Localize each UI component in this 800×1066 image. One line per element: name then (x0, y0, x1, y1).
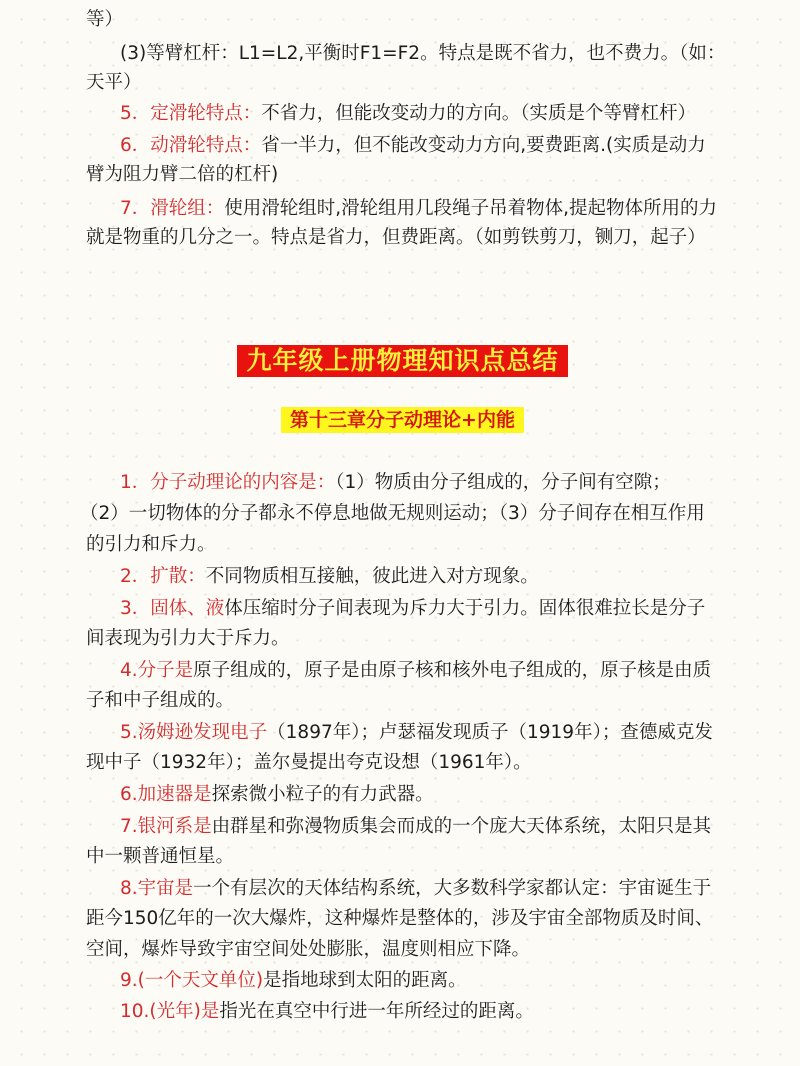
point-text: 不同物质相互接触，彼此进入对方现象。 (206, 566, 539, 587)
point-label: 5.汤姆逊发现电子 (120, 722, 267, 743)
point-label: 10.(光年)是 (120, 1001, 219, 1022)
point-label: 2．扩散： (120, 566, 206, 587)
item-text: 省一半力，但不能改变动力方向,要费距离.(实质是动力 (261, 135, 705, 156)
text-line: 距今150亿年的一次大爆炸，这种爆炸是整体的，涉及宇宙全部物质及时间、 (86, 907, 713, 931)
point-label: 1．分子动理论的内容是： (120, 472, 335, 493)
point-text: （1）物质由分子组成的，分子间有空隙； (335, 472, 671, 493)
text-line: 中一颗普通恒星。 (86, 845, 234, 869)
lever-item-3: (3)等臂杠杆：L1=L2,平衡时F1=F2。特点是既不省力，也不费力。（如： (120, 42, 725, 66)
text-line: 臂为阻力臂二倍的杠杆) (86, 163, 278, 187)
point-text: 是指地球到太阳的距离。 (263, 970, 467, 991)
point-text: 原子组成的，原子是由原子核和核外电子组成的，原子核是由质 (193, 660, 711, 681)
point-text: 一个有层次的天体结构系统，大多数科学家都认定：宇宙诞生于 (193, 878, 711, 899)
point-text: （1897年）；卢瑟福发现质子（1919年）；查德威克发 (267, 722, 713, 743)
text-line: 等） (86, 8, 123, 32)
point-1: 1．分子动理论的内容是：（1）物质由分子组成的，分子间有空隙； (120, 471, 671, 495)
point-10: 10.(光年)是指光在真空中行进一年所经过的距离。 (120, 1000, 534, 1024)
text-line: 间表现为引力大于斥力。 (86, 627, 290, 651)
point-5: 5.汤姆逊发现电子（1897年）；卢瑟福发现质子（1919年）；查德威克发 (120, 721, 713, 745)
item-label: 5．定滑轮特点： (120, 103, 261, 124)
chapter-title: 第十三章分子动理论+内能 (281, 407, 524, 433)
point-text: 由群星和弥漫物质集会而成的一个庞大天体系统，太阳只是其 (212, 816, 712, 837)
point-text: 体压缩时分子间表现为斥力大于引力。固体很难拉长是分子 (224, 598, 705, 619)
pulley-item-6: 6．动滑轮特点：省一半力，但不能改变动力方向,要费距离.(实质是动力 (120, 134, 706, 158)
document-page: 等） (3)等臂杠杆：L1=L2,平衡时F1=F2。特点是既不省力，也不费力。（… (0, 0, 800, 1066)
text-line: 天平） (86, 71, 142, 95)
point-label: 9.(一个天文单位) (120, 970, 263, 991)
text-line: 空间，爆炸导致宇宙空间处处膨胀，温度则相应下降。 (86, 938, 530, 962)
point-6: 6.加速器是探索微小粒子的有力武器。 (120, 783, 434, 807)
text-line: 子和中子组成的。 (86, 689, 234, 713)
point-label: 3．固体、液 (120, 598, 224, 619)
point-text: 指光在真空中行进一年所经过的距离。 (219, 1001, 534, 1022)
item-label: 6．动滑轮特点： (120, 135, 261, 156)
text-line: 的引力和斥力。 (86, 533, 216, 557)
main-title: 九年级上册物理知识点总结 (237, 345, 568, 377)
point-4: 4.分子是原子组成的，原子是由原子核和核外电子组成的，原子核是由质 (120, 659, 711, 683)
point-9: 9.(一个天文单位)是指地球到太阳的距离。 (120, 969, 467, 993)
point-label: 6.加速器是 (120, 784, 212, 805)
item-label: 7．滑轮组： (120, 198, 224, 219)
text-line: （2）一切物体的分子都永不停息地做无规则运动；（3）分子间存在相互作用 (80, 502, 705, 526)
point-2: 2．扩散：不同物质相互接触，彼此进入对方现象。 (120, 565, 539, 589)
point-label: 4.分子是 (120, 660, 193, 681)
point-8: 8.宇宙是一个有层次的天体结构系统，大多数科学家都认定：宇宙诞生于 (120, 877, 711, 901)
item-text: 使用滑轮组时,滑轮组用几段绳子吊着物体,提起物体所用的力 (224, 198, 717, 219)
pulley-item-7: 7．滑轮组：使用滑轮组时,滑轮组用几段绳子吊着物体,提起物体所用的力 (120, 197, 717, 221)
text-line: 就是物重的几分之一。特点是省力，但费距离。（如剪铁剪刀，铡刀，起子） (86, 226, 706, 250)
item-text: 不省力，但能改变动力的方向。（实质是个等臂杠杆） (261, 103, 696, 124)
point-text: 探索微小粒子的有力武器。 (212, 784, 434, 805)
point-label: 8.宇宙是 (120, 878, 193, 899)
point-label: 7.银河系是 (120, 816, 212, 837)
point-3: 3．固体、液体压缩时分子间表现为斥力大于引力。固体很难拉长是分子 (120, 597, 705, 621)
text-line: 现中子（1932年）；盖尔曼提出夸克设想（1961年）。 (86, 751, 532, 775)
pulley-item-5: 5．定滑轮特点：不省力，但能改变动力的方向。（实质是个等臂杠杆） (120, 102, 696, 126)
point-7: 7.银河系是由群星和弥漫物质集会而成的一个庞大天体系统，太阳只是其 (120, 815, 711, 839)
